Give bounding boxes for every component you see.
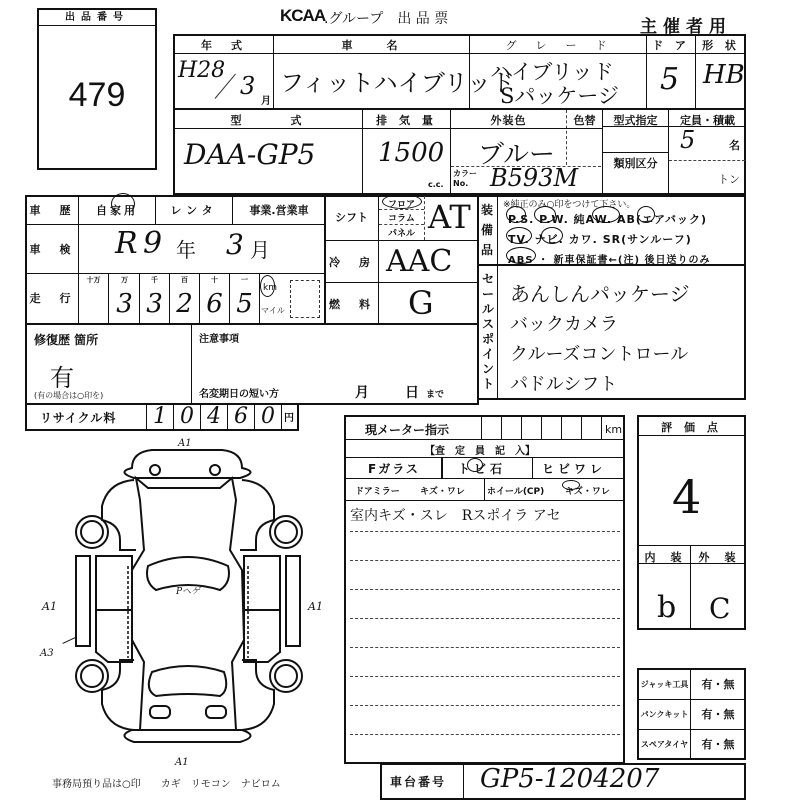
score-label: 評 価 点 (638, 419, 745, 435)
sales-point-item: あんしんパッケージ (510, 278, 690, 310)
sales-points-label: セールスポイント (482, 272, 494, 392)
recycle-digit: 0 (254, 404, 281, 430)
grade-label: グ レ ー ド (470, 37, 646, 53)
damage-mark-right: A1 (308, 600, 323, 613)
remark-line[interactable] (350, 678, 620, 706)
sales-point-item: バックカメラ (510, 310, 690, 340)
history-label: 車 歴 (26, 202, 78, 218)
recycle-digit: 0 (173, 404, 200, 430)
tool-value[interactable]: 有・無 (691, 669, 745, 699)
circle-abs (506, 247, 536, 264)
remark-line[interactable] (350, 591, 620, 619)
capacity-unit: 名 (729, 137, 740, 153)
recycle-digit: 4 (200, 404, 227, 430)
lot-number-label: 出品番号 (39, 10, 155, 26)
mileage-digit-label: 十 (200, 275, 229, 285)
wheel-label: ホイール(CP) (487, 484, 544, 497)
capacity-value: 5 (680, 126, 695, 154)
tool-value[interactable]: 有・無 (691, 729, 745, 759)
sales-point-item: クルーズコントロール (510, 340, 690, 370)
fuel-label: 燃 料 (325, 296, 378, 312)
grade-value-line2: Sパッケージ (500, 80, 619, 110)
mirror-options[interactable]: キズ・ワレ (420, 484, 465, 497)
car-name-value: フィットハイブリッド (280, 63, 515, 98)
color-number-value: B593M (490, 164, 578, 192)
aircon-value: AAC (386, 244, 452, 279)
fuel-value: G (408, 284, 434, 322)
shift-selected-circle (382, 194, 422, 209)
damage-mark-rear: A1 (175, 757, 189, 768)
inspector-header: 【査 定 員 記 入】 (425, 442, 535, 457)
mileage-digit-cell: 万3 (110, 274, 140, 324)
history-selected-circle (111, 193, 135, 215)
mileage-digit-label: 一 (230, 275, 259, 285)
shape-label: 形 状 (696, 37, 746, 53)
shift-value: AT (428, 198, 471, 236)
exterior-value: C (709, 592, 730, 625)
month-value: 3 (240, 72, 255, 100)
damage-mark-left-lower: A3 (40, 648, 54, 659)
door-label: ド ア (647, 37, 695, 53)
tool-value[interactable]: 有・無 (691, 699, 745, 729)
notes-label: 注意事項 (199, 330, 239, 345)
equipment-label: 装備品 (481, 200, 493, 260)
model-label: 型 式 (174, 112, 362, 128)
type-designation-label: 型式指定 (603, 112, 668, 128)
header-brand: KCAA (280, 6, 325, 26)
name-change-month: 月 (355, 382, 369, 402)
mileage-unit-mile[interactable]: マイル (261, 305, 285, 316)
color-change-label: 色替 (567, 112, 602, 128)
remark-line[interactable] (350, 649, 620, 677)
recycle-digit: 6 (227, 404, 254, 430)
model-value: DAA-GP5 (184, 138, 315, 171)
equipment-row2: TV. ナビ. カワ. SR(サンルーフ) (508, 231, 692, 247)
mileage-digit-value: 5 (230, 289, 259, 319)
repair-note: (有の場合は○印を) (34, 390, 103, 401)
damage-mark-front: A1 (178, 438, 192, 449)
exterior-label: 外 装 (691, 549, 745, 565)
mileage-digit-value: 3 (110, 289, 139, 319)
remark-line[interactable]: 室内キズ・スレ Rスポイラ アセ (350, 504, 620, 532)
door-value: 5 (660, 62, 679, 97)
shape-value: HB (703, 60, 745, 90)
windshield-label: Fガラス (368, 460, 420, 477)
chassis-label: 車台番号 (390, 773, 446, 790)
equip-leather[interactable]: カワ. (569, 233, 598, 246)
mileage-digit-cell: 千3 (140, 274, 170, 324)
mileage-km-circle (260, 275, 275, 297)
recycle-digit: 1 (146, 404, 173, 430)
mileage-digit-cell: 百2 (170, 274, 200, 324)
mileage-digit-value: 6 (200, 289, 229, 319)
load-unit: トン (718, 171, 740, 187)
windshield-option-crack[interactable]: ヒビワレ (542, 460, 606, 477)
meter-unit: km (605, 423, 622, 436)
car-name-label: 車 名 (274, 37, 469, 53)
circle-tv (506, 227, 532, 244)
mileage-digit-value: 3 (140, 289, 169, 319)
year-value: H28 (178, 58, 225, 83)
repair-label: 修復歴 箇所 (34, 331, 98, 348)
shift-option-panel[interactable]: パネル (388, 226, 415, 239)
windshield-chip-circle (467, 458, 483, 472)
tool-label: スペアタイヤ (640, 729, 689, 759)
meter-label: 現メーター指示 (365, 421, 449, 438)
inspection-era: R (115, 226, 138, 261)
wheel-scratch-circle (562, 480, 580, 490)
recycle-unit: 円 (284, 409, 294, 424)
repair-value: 有 (50, 358, 74, 393)
circle-navi (541, 227, 563, 244)
exterior-color-label: 外装色 (451, 112, 566, 128)
remark-line[interactable] (350, 707, 620, 735)
color-number-label: カラーNo. (453, 169, 479, 189)
inspection-year: 9 (143, 226, 162, 261)
interior-value: b (657, 590, 676, 625)
aircon-label: 冷 房 (325, 254, 378, 270)
mileage-digit-label: 百 (170, 275, 199, 285)
inspection-year-unit: 年 (176, 234, 196, 263)
mileage-digit-cell: 十万 (79, 274, 109, 324)
diagram-footer: 事務局預り品は○印 カギ リモコン ナビロム (52, 775, 281, 790)
remark-line[interactable] (350, 533, 620, 561)
shift-option-column[interactable]: コラム (388, 211, 415, 224)
damage-mark-left: A1 (42, 600, 57, 613)
circle-ps (506, 206, 526, 223)
chassis-value: GP5-1204207 (480, 764, 659, 794)
circle-pw (534, 206, 556, 223)
mileage-digit-label: 万 (110, 275, 139, 285)
history-option-rental[interactable]: レンタ (156, 202, 232, 218)
year-label: 年 式 (174, 37, 273, 53)
mileage-digit-label: 千 (140, 275, 169, 285)
mileage-digit-cell: 十6 (200, 274, 230, 324)
inspection-label: 車 検 (26, 241, 78, 257)
inspection-month: 3 (226, 228, 244, 261)
equip-ab[interactable]: AB(エアバック) (617, 213, 707, 226)
tool-label: パンクキット (640, 699, 689, 729)
lot-number-box: 出品番号 479 (37, 8, 157, 170)
history-option-business[interactable]: 事業.営業車 (233, 202, 325, 218)
sales-points-list: あんしんパッケージ バックカメラ クルーズコントロール パドルシフト (510, 278, 690, 400)
circle-aw (592, 206, 620, 223)
circle-ab (637, 206, 655, 223)
inspection-month-unit: 月 (250, 234, 270, 263)
name-change-day: 日 (405, 382, 419, 402)
displacement-unit: c.c. (428, 180, 444, 189)
name-change-until: まで (426, 387, 444, 400)
name-change-label: 名変期日の短い方 (199, 385, 279, 400)
remark-line[interactable] (350, 620, 620, 648)
interior-label: 内 装 (638, 549, 690, 565)
lot-number-value: 479 (39, 76, 155, 115)
tool-label: ジャッキ工具 (640, 669, 689, 699)
sales-point-item: パドルシフト (510, 370, 690, 400)
remark-line[interactable] (350, 562, 620, 590)
mirror-label: ドアミラー (355, 484, 400, 497)
equip-sr[interactable]: SR(サンルーフ) (603, 233, 692, 246)
recycle-label: リサイクル料 (40, 409, 116, 426)
damage-mark-roof: Pヘゲ (176, 584, 200, 597)
mileage-digit-cell: 一5 (230, 274, 260, 324)
mileage-digit-label: 十万 (79, 275, 108, 285)
header-group-title: .グループ 出 品 票 (324, 8, 448, 28)
car-damage-diagram[interactable] (60, 440, 320, 760)
shift-label: シフト (325, 209, 378, 225)
score-value: 4 (672, 470, 701, 524)
mileage-digit-value: 2 (170, 289, 199, 319)
mileage-label: 走 行 (26, 290, 78, 306)
category-label: 類別区分 (603, 155, 668, 171)
month-unit: 月 (261, 92, 271, 107)
displacement-label: 排 気 量 (363, 112, 450, 128)
displacement-value: 1500 (378, 138, 444, 168)
